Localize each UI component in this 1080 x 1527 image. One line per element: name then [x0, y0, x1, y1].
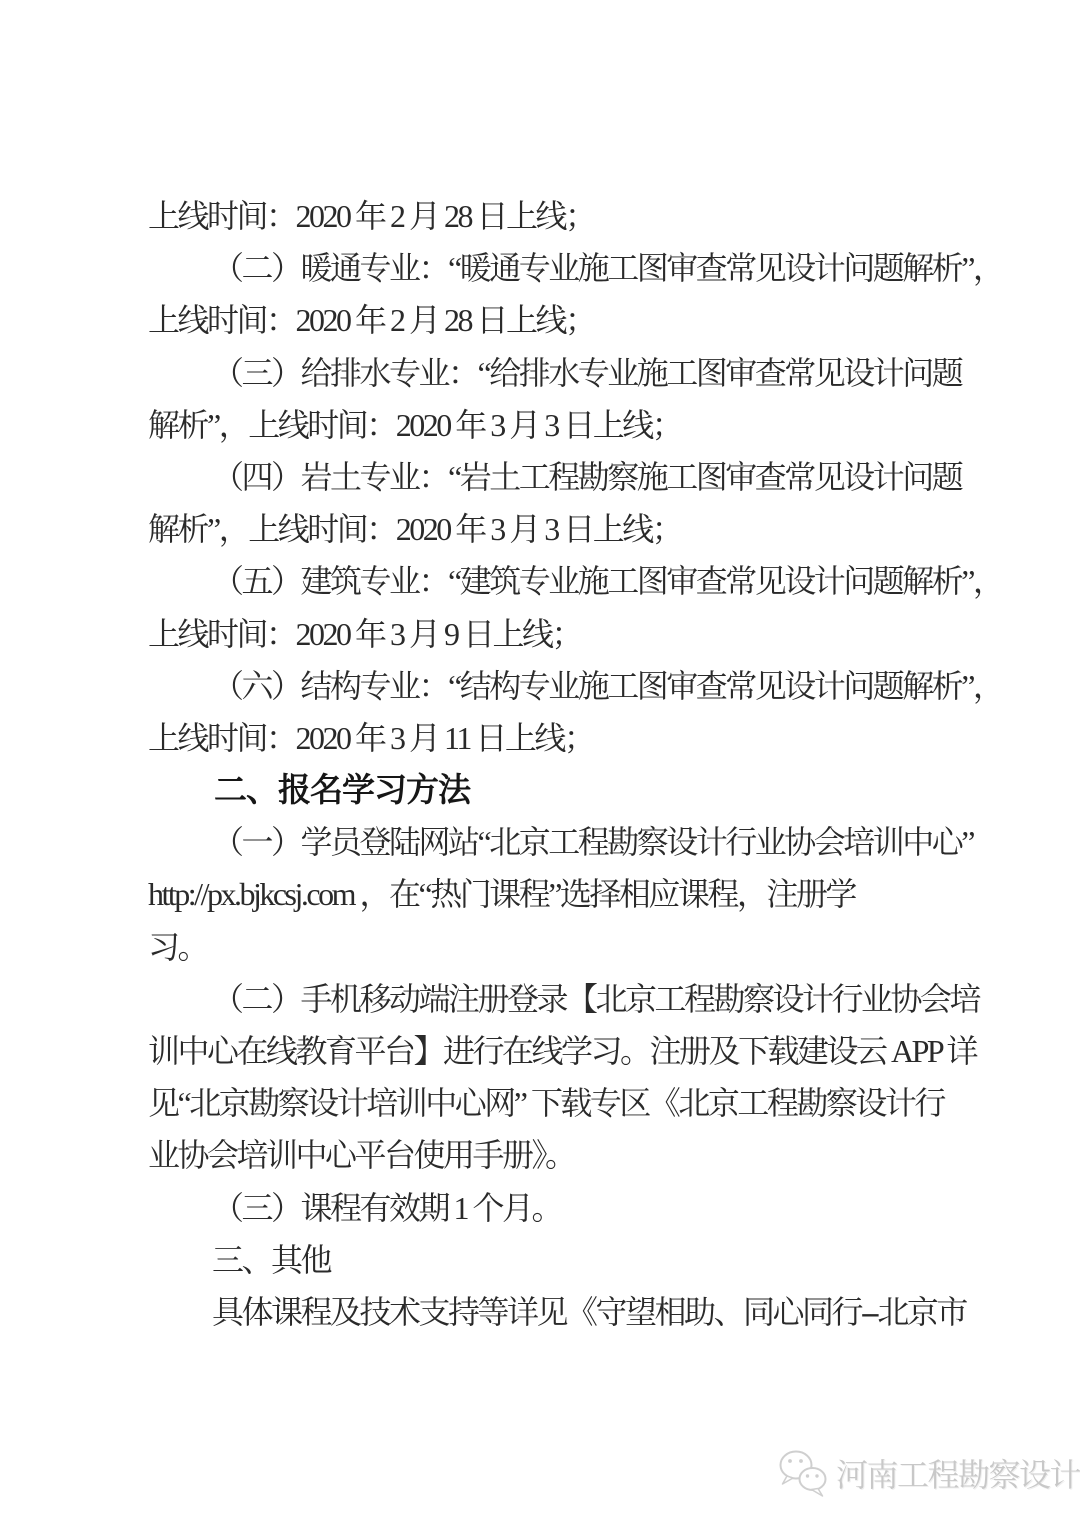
text-line: http://px.bjkcsj.com ，在“热门课程”选择相应课程，注册学 — [148, 868, 948, 920]
text-line: （二）手机移动端注册登录【北京工程勘察设计行业协会培 — [148, 973, 948, 1025]
text-line: （三）课程有效期 1 个月。 — [148, 1182, 948, 1234]
watermark-label: 河南工程勘察设计 — [836, 1450, 1080, 1496]
text-line: （三）给排水专业：“给排水专业施工图审查常见设计问题 — [148, 347, 948, 399]
text-line: 解析”，上线时间：2020 年 3 月 3 日上线； — [148, 399, 948, 451]
text-line: （五）建筑专业：“建筑专业施工图审查常见设计问题解析”， — [148, 555, 948, 607]
text-line: 业协会培训中心平台使用手册》。 — [148, 1129, 948, 1181]
text-line: （六）结构专业：“结构专业施工图审查常见设计问题解析”， — [148, 660, 948, 712]
wechat-icon — [776, 1448, 830, 1498]
section-heading-plain: 三、其他 — [148, 1234, 948, 1286]
text-line: 训中心在线教育平台】进行在线学习。注册及下载建设云 APP 详 — [148, 1025, 948, 1077]
text-line: 解析”，上线时间：2020 年 3 月 3 日上线； — [148, 503, 948, 555]
text-line: 见“北京勘察设计培训中心网” 下载专区《北京工程勘察设计行 — [148, 1077, 948, 1129]
text-line: （二）暖通专业：“暖通专业施工图审查常见设计问题解析”， — [148, 242, 948, 294]
section-heading: 二、报名学习方法 — [148, 764, 948, 816]
document-body: 上线时间：2020 年 2 月 28 日上线； （二）暖通专业：“暖通专业施工图… — [148, 190, 948, 1338]
text-line: 上线时间：2020 年 2 月 28 日上线； — [148, 294, 948, 346]
text-line: 习。 — [148, 921, 948, 973]
document-page: 上线时间：2020 年 2 月 28 日上线； （二）暖通专业：“暖通专业施工图… — [0, 0, 1080, 1527]
watermark: 河南工程勘察设计 — [776, 1448, 1080, 1498]
text-line: 上线时间：2020 年 2 月 28 日上线； — [148, 190, 948, 242]
text-line: （一）学员登陆网站“北京工程勘察设计行业协会培训中心” — [148, 816, 948, 868]
text-line: 具体课程及技术支持等详见《守望相助、同心同行--北京市 — [148, 1286, 948, 1338]
text-line: 上线时间：2020 年 3 月 9 日上线； — [148, 608, 948, 660]
text-line: （四）岩土专业：“岩土工程勘察施工图审查常见设计问题 — [148, 451, 948, 503]
text-line: 上线时间：2020 年 3 月 11 日上线； — [148, 712, 948, 764]
